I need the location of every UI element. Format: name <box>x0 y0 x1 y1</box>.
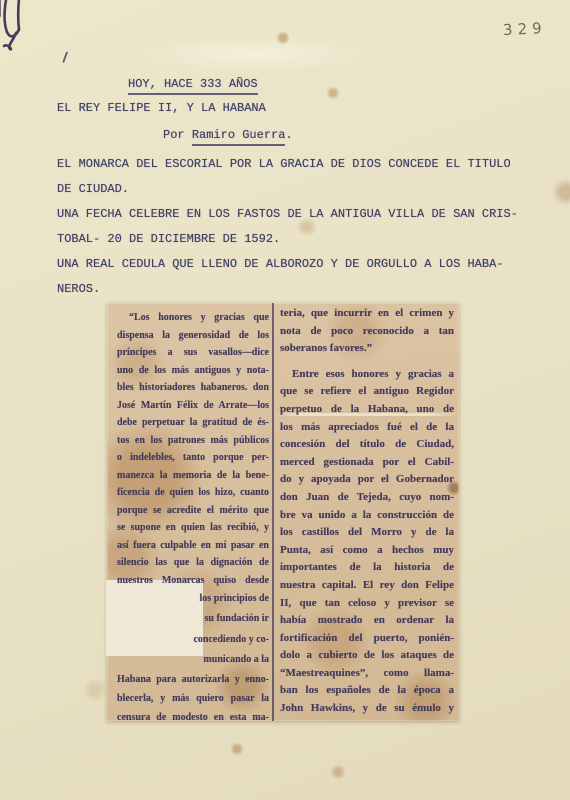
text-line: nota de poco reconocido a tan <box>280 323 454 341</box>
text-line: UNA FECHA CELEBRE EN LOS FASTOS DE LA AN… <box>57 202 527 227</box>
text-line: porque se acredite el mérito que <box>117 502 269 520</box>
text-line: censura de modesto en esta ma- <box>117 708 269 727</box>
text-line: teria, que incurrir en el crimen y <box>280 305 454 323</box>
author-name: Ramiro Guerra <box>192 128 286 146</box>
deck-paragraphs: EL MONARCA DEL ESCORIAL POR LA GRACIA DE… <box>57 152 527 302</box>
text-line: NEROS. <box>57 277 527 302</box>
text-line: príncipes a sus vasallos—dice <box>117 344 269 362</box>
text-line: importantes de la historia de <box>280 559 454 577</box>
text-line: los principios de <box>117 589 269 609</box>
text-line: ficencia de quien los hizo, cuanto <box>117 484 269 502</box>
text-line: concediendo y co- <box>117 630 269 650</box>
newspaper-clipping: “Los honores y gracias quedispensa la ge… <box>107 303 459 721</box>
text-line: que se refiere el antiguo Regidor <box>280 383 454 401</box>
byline-prefix: Por <box>163 128 192 142</box>
text-line: los castillos del Morro y de la <box>280 524 454 542</box>
text-line: uno de los más antiguos y nota- <box>117 362 269 380</box>
text-line: Punta, así como a hechos muy <box>280 542 454 560</box>
text-line: do y apoyada por el Gobernador <box>280 471 454 489</box>
text-line: soberanos favores.” <box>280 340 454 358</box>
text-line: dolo a cubierto de los ataques de <box>280 647 454 665</box>
text-line: José Martín Félix de Arrate—los <box>117 397 269 415</box>
text-line: concesión del título de Ciudad, <box>280 436 454 454</box>
text-line: EL MONARCA DEL ESCORIAL POR LA GRACIA DE… <box>57 152 527 177</box>
text-line: debe perpetuar la gratitud de és- <box>117 414 269 432</box>
page-number: 329 <box>503 19 548 39</box>
text-line: los más apreciados fué el de la <box>280 419 454 437</box>
right-column-paragraph-2: Entre esos honores y gracias aque se ref… <box>280 366 454 718</box>
text-line: silencio las que la dignación de <box>117 554 269 572</box>
text-line: dispensa la generosidad de los <box>117 327 269 345</box>
text-line: don Juan de Tejeda, cuyo nom- <box>280 489 454 507</box>
text-line: así fuera culpable en mí pasar en <box>117 537 269 555</box>
text-line: manezca la memoria de la bene- <box>117 467 269 485</box>
text-line: o indelebles, tanto porque per- <box>117 449 269 467</box>
right-column-paragraph-1: teria, que incurrir en el crimen ynota d… <box>280 305 454 358</box>
text-line: se supone en quien las recibió, y <box>117 519 269 537</box>
text-line: Habana para autorizarla y enno- <box>117 670 269 689</box>
text-line: “Los honores y gracias que <box>117 309 269 327</box>
scanned-document-page: 329 HOY, HACE 333 AÑOS EL REY FELIPE II,… <box>0 0 570 800</box>
text-line: II, que tan celoso y previsor se <box>280 595 454 613</box>
text-line: TOBAL- 20 DE DICIEMBRE DE 1592. <box>57 227 527 252</box>
clipping-left-column: “Los honores y gracias quedispensa la ge… <box>117 309 269 727</box>
left-column-bottom-block: Habana para autorizarla y enno-blecerla,… <box>117 670 269 727</box>
text-line: nuestra capital. El rey don Felipe <box>280 577 454 595</box>
text-line: UNA REAL CEDULA QUE LLENO DE ALBOROZO Y … <box>57 252 527 277</box>
byline-suffix: . <box>285 128 292 142</box>
text-line: bles historiadores habaneros. don <box>117 379 269 397</box>
text-line: había mostrado en ordenar la <box>280 612 454 630</box>
text-line: bre va unido a la construcción de <box>280 507 454 525</box>
clipping-right-column: teria, que incurrir en el crimen ynota d… <box>274 305 460 718</box>
left-column-top-block: “Los honores y gracias quedispensa la ge… <box>117 309 269 589</box>
text-line: DE CIUDAD. <box>57 177 527 202</box>
text-line: blecerla, y más quiero pasar la <box>117 689 269 708</box>
stray-ink-mark <box>62 51 73 65</box>
byline: Por Ramiro Guerra. <box>163 128 293 142</box>
text-line: merced gestionada por el Cabil- <box>280 454 454 472</box>
text-line: “Maestreaquines”, como llama- <box>280 665 454 683</box>
article-title: HOY, HACE 333 AÑOS <box>128 77 258 95</box>
handwritten-flourish-mark <box>0 0 41 58</box>
text-line: Entre esos honores y gracias a <box>280 366 454 384</box>
text-line: fortificación del puerto, ponién- <box>280 630 454 648</box>
text-line: perpetuo de la Habana, uno de <box>280 401 454 419</box>
text-line: nuestros Monarcas quiso desde <box>117 572 269 590</box>
text-line: su fundación ir <box>117 609 269 629</box>
left-column-indented-block: los principios desu fundación irconcedie… <box>117 589 269 670</box>
text-line: municando a la <box>117 650 269 670</box>
article-subtitle: EL REY FELIPE II, Y LA HABANA <box>57 101 266 115</box>
text-line: tos en los patrones más públicos <box>117 432 269 450</box>
text-line: ban los españoles de la época a <box>280 682 454 700</box>
text-line: John Hawkins, y de su émulo y <box>280 700 454 718</box>
